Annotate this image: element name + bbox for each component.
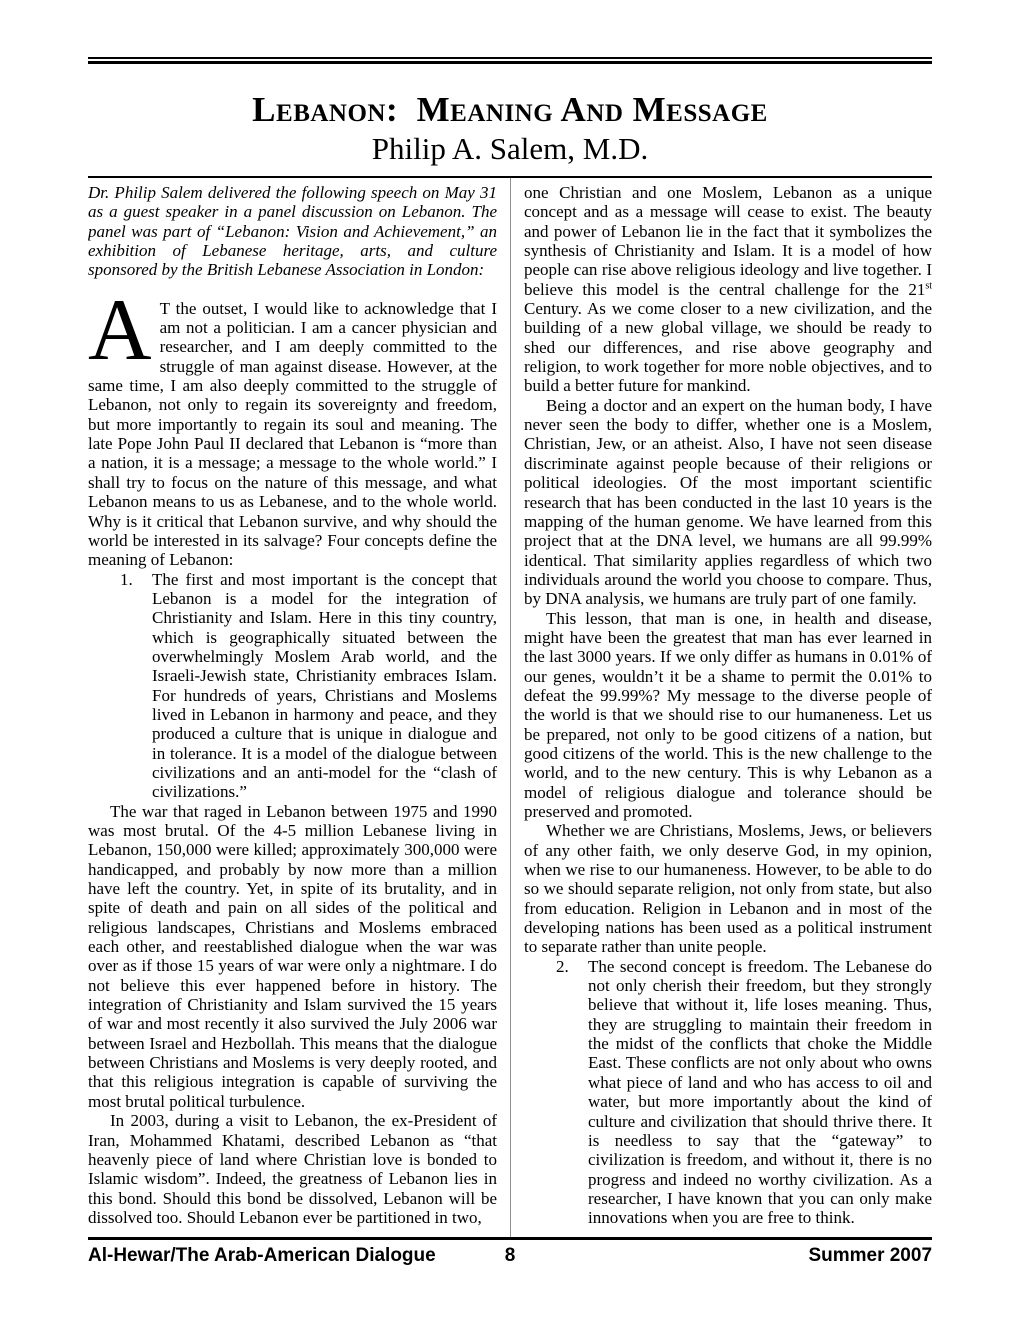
footer-rule [88,1237,932,1240]
top-double-rule [88,57,932,64]
document-page: Lebanon: Meaning And Message Philip A. S… [0,0,1020,1320]
numbered-item-1: 1. The first and most important is the c… [120,570,497,802]
item-1-number: 1. [120,570,152,802]
paragraph-2003: In 2003, during a visit to Lebanon, the … [88,1111,497,1227]
page-title: Lebanon: Meaning And Message [0,90,1020,130]
continuation-paragraph: one Christian and one Moslem, Lebanon as… [524,183,932,396]
opening-paragraph: AT the outset, I would like to acknowled… [88,299,497,570]
intro-italic-note: Dr. Philip Salem delivered the following… [88,183,497,280]
footer-page-number: 8 [505,1244,516,1268]
drop-cap-letter: A [88,302,152,360]
paragraph-lesson: This lesson, that man is one, in health … [524,609,932,822]
page-footer: Al-Hewar/The Arab-American Dialogue 8 Su… [88,1244,932,1268]
two-column-body: Dr. Philip Salem delivered the following… [88,178,932,1237]
paragraph-war: The war that raged in Lebanon between 19… [88,802,497,1112]
item-1-text: The first and most important is the conc… [152,570,497,802]
right-column: one Christian and one Moslem, Lebanon as… [524,178,932,1237]
paragraph-whether: Whether we are Christians, Moslems, Jews… [524,821,932,956]
item-2-number: 2. [556,957,588,1228]
continuation-text-before: one Christian and one Moslem, Lebanon as… [524,183,932,299]
paragraph-doctor: Being a doctor and an expert on the huma… [524,396,932,609]
ordinal-superscript: st [925,280,932,291]
document-header: Lebanon: Meaning And Message Philip A. S… [0,90,1020,167]
footer-season: Summer 2007 [515,1244,932,1268]
author-byline: Philip A. Salem, M.D. [0,130,1020,167]
left-column: Dr. Philip Salem delivered the following… [88,178,497,1237]
continuation-text-after: Century. As we come closer to a new civi… [524,299,932,395]
column-divider [510,178,511,1237]
footer-publication: Al-Hewar/The Arab-American Dialogue [88,1244,505,1268]
item-2-text: The second concept is freedom. The Leban… [588,957,932,1228]
numbered-item-2: 2. The second concept is freedom. The Le… [556,957,932,1228]
